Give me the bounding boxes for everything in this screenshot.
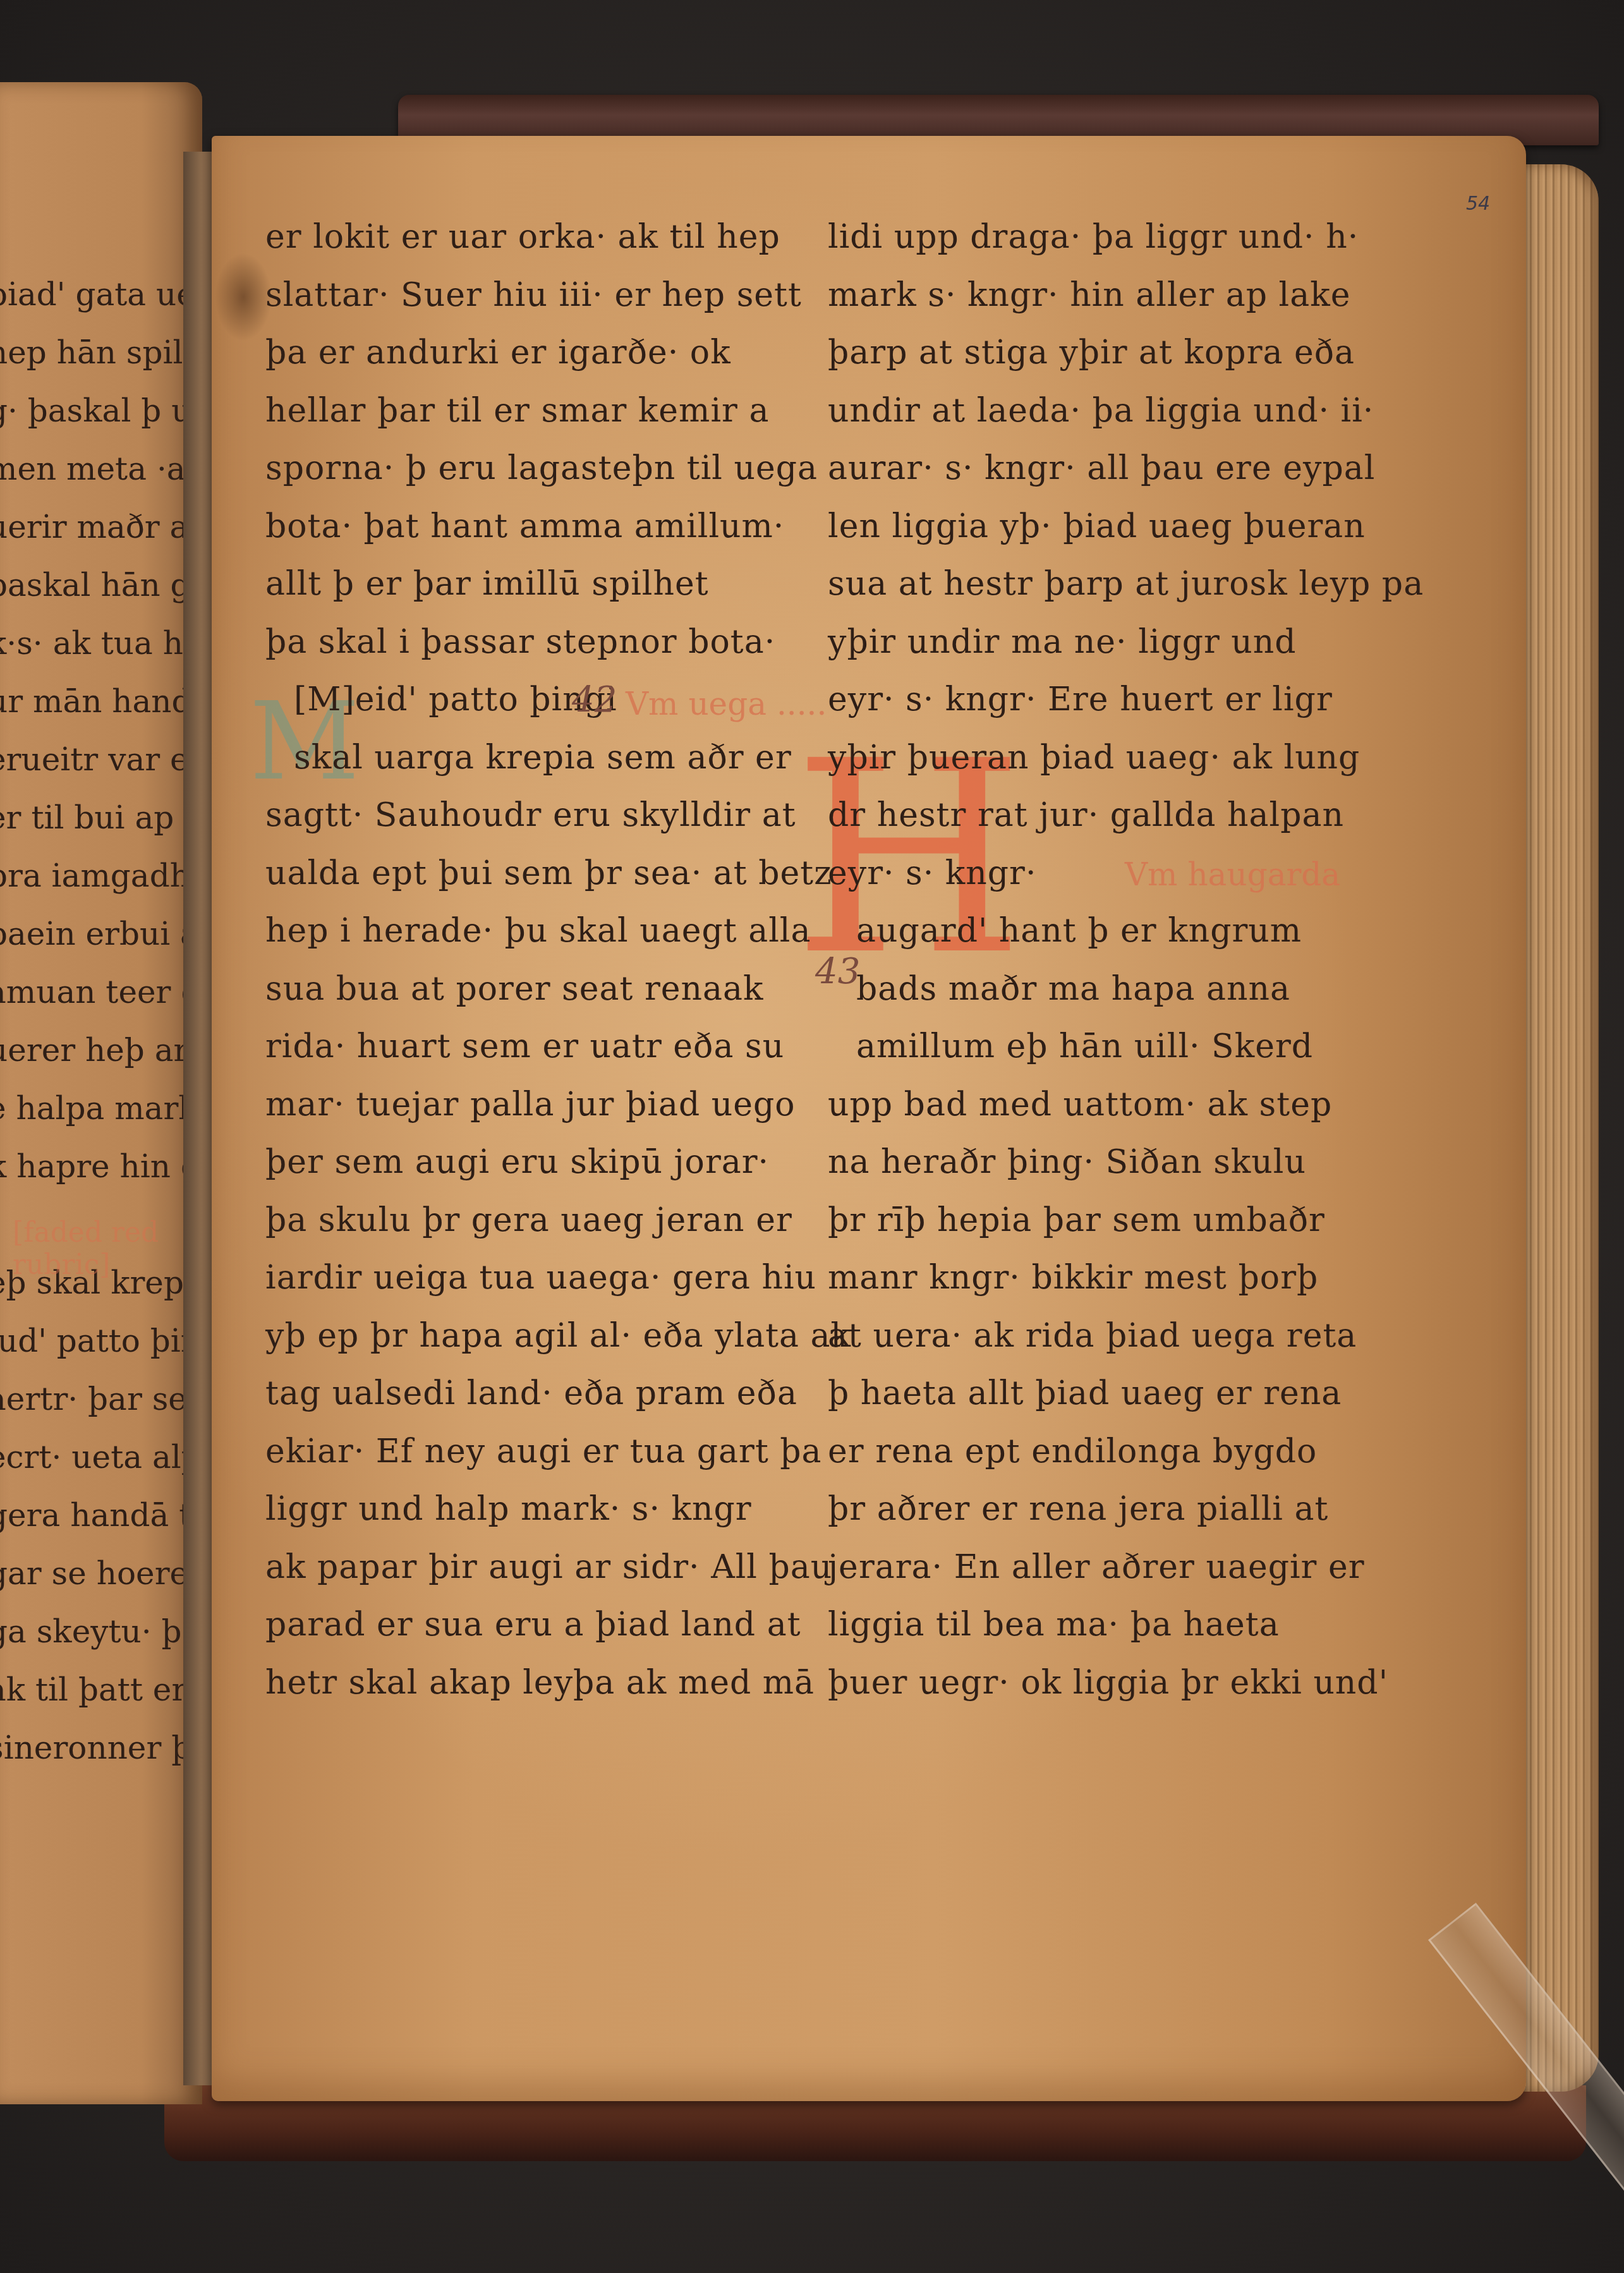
manuscript-line: liggia til bea ma· þa haeta xyxy=(828,1596,1409,1654)
manuscript-line: iud' patto þingi xyxy=(0,1312,196,1370)
manuscript-line: er til bui ap biad xyxy=(0,789,196,847)
manuscript-line: ecrt· ueta alpal xyxy=(0,1428,196,1486)
manuscript-line: yþir þueran þiad uaeg· ak lung xyxy=(828,729,1409,787)
text-column-right: lidi upp draga· þa liggr und· h·mark s· … xyxy=(828,209,1409,1712)
manuscript-line: at uera· ak rida þiad uega reta xyxy=(828,1307,1409,1366)
chapter-rubric-43: Vm haugarda xyxy=(1125,856,1340,893)
manuscript-line: sua at hestr þarp at jurosk leyp pa xyxy=(828,555,1409,614)
manuscript-line: þ haeta allt þiad uaeg er rena xyxy=(828,1365,1409,1423)
chapter-number-42: 42 xyxy=(572,679,617,720)
manuscript-line: ak til þatt er xyxy=(0,1661,196,1719)
manuscript-line: þr rīþ hepia þar sem umbaðr xyxy=(828,1192,1409,1250)
manuscript-line: amuan teer gord xyxy=(0,963,196,1021)
left-page-rubric: [faded red rubric] xyxy=(13,1216,202,1281)
manuscript-line: k hapre hin goro xyxy=(0,1137,196,1196)
manuscript-line: þarp at stiga yþir at kopra eða xyxy=(828,324,1409,382)
manuscript-line: hellar þar til er smar kemir a xyxy=(265,382,809,440)
manuscript-line: rida· huart sem er uatr eða su xyxy=(265,1018,809,1076)
manuscript-line: eyr· s· kngr· Ere huert er ligr xyxy=(828,671,1409,729)
manuscript-line: mark s· kngr· hin aller ap lake xyxy=(828,267,1409,325)
chapter-rubric-42: Vm uega ..... xyxy=(626,686,827,722)
manuscript-line: men meta ·ak landnam xyxy=(0,440,196,498)
manuscript-photograph: biad' gata ueta viii alnanep hān spillur… xyxy=(0,0,1624,2273)
manuscript-line: na heraðr þing· Siðan skulu xyxy=(828,1134,1409,1192)
manuscript-line: jerara· En aller aðrer uaegir er xyxy=(828,1539,1409,1597)
manuscript-line: aurar· s· kngr· all þau ere eypal xyxy=(828,440,1409,498)
manuscript-line: ualda ept þui sem þr sea· at betz xyxy=(265,845,809,903)
manuscript-line: þra iamgadh elig xyxy=(0,847,196,905)
manuscript-line: gera handā til xyxy=(0,1486,196,1544)
manuscript-line: g· þaskal þ ueta sem xyxy=(0,382,196,440)
manuscript-line: þuer uegr· ok liggia þr ekki und' xyxy=(828,1654,1409,1712)
left-page: biad' gata ueta viii alnanep hān spillur… xyxy=(0,82,202,2104)
manuscript-line: gar se hoerer· xyxy=(0,1544,196,1603)
folio-number: 54 xyxy=(1466,193,1490,215)
manuscript-line: yþ ep þr hapa agil al· eða ylata ak xyxy=(265,1307,809,1366)
text-column-left: er lokit er uar orka· ak til hepslattar·… xyxy=(265,209,809,1712)
manuscript-line: lidi upp draga· þa liggr und· h· xyxy=(828,209,1409,267)
manuscript-line: slattar· Suer hiu iii· er hep sett xyxy=(265,267,809,325)
manuscript-line: er rena ept endilonga bygdo xyxy=(828,1423,1409,1481)
manuscript-line: ekiar· Ef ney augi er tua gart þa xyxy=(265,1423,809,1481)
manuscript-line: þa skulu þr gera uaeg jeran er xyxy=(265,1192,809,1250)
manuscript-line: yþir undir ma ne· liggr und xyxy=(828,614,1409,672)
manuscript-line: dr hestr rat jur· gallda halpan xyxy=(828,787,1409,845)
manuscript-line: aertr· þar sem xyxy=(0,1370,196,1428)
manuscript-line: sagtt· Sauhoudr eru skylldir at xyxy=(265,787,809,845)
manuscript-line: undir at laeda· þa liggia und· ii· xyxy=(828,382,1409,440)
manuscript-line: ak papar þir augi ar sidr· All þau xyxy=(265,1539,809,1597)
manuscript-line: upp bad med uattom· ak step xyxy=(828,1076,1409,1134)
manuscript-line: erueitr var epe xyxy=(0,730,196,789)
manuscript-line: skal uarga krepia sem aðr er xyxy=(265,729,809,787)
manuscript-line: hetr skal akap leyþa ak med mā xyxy=(265,1654,809,1712)
chapter-number-43: 43 xyxy=(815,951,860,992)
manuscript-line: er lokit er uar orka· ak til hep xyxy=(265,209,809,267)
manuscript-line: þer sem augi eru skipū jorar· xyxy=(265,1134,809,1192)
manuscript-line: liggr und halp mark· s· kngr xyxy=(265,1481,809,1539)
manuscript-line: þa skal i þassar stepnor bota· xyxy=(265,614,809,672)
manuscript-line: manr kngr· bikkir mest þorþ xyxy=(828,1249,1409,1307)
manuscript-line: nep hān spillur ūdarre xyxy=(0,324,196,382)
manuscript-line: k·s· ak tua hir tom xyxy=(0,614,196,672)
manuscript-line: tag ualsedi land· eða pram eða xyxy=(265,1365,809,1423)
manuscript-line: e halpa mark xyxy=(0,1079,196,1137)
manuscript-line: uerer heþ arjere xyxy=(0,1021,196,1079)
manuscript-line: amillum eþ hān uill· Skerd xyxy=(828,1018,1409,1076)
manuscript-line: uerir maðr amorn xyxy=(0,498,196,556)
manuscript-line: mar· tuejar palla jur þiad uego xyxy=(265,1076,809,1134)
manuscript-line: þaskal hān gallde xyxy=(0,556,196,614)
manuscript-line: allt þ er þar imillū spilhet xyxy=(265,555,809,614)
ink-stain xyxy=(215,253,272,341)
manuscript-line: augard' hant þ er kngrum xyxy=(828,902,1409,961)
manuscript-line: þa er andurki er igarðe· ok xyxy=(265,324,809,382)
manuscript-line: hep i herade· þu skal uaegt alla xyxy=(265,902,809,961)
manuscript-line: þr aðrer er rena jera pialli at xyxy=(828,1481,1409,1539)
manuscript-line: iardir ueiga tua uaega· gera hiu xyxy=(265,1249,809,1307)
manuscript-line: biad' gata ueta viii alna xyxy=(0,265,196,324)
manuscript-line: ur mān hand uerc xyxy=(0,672,196,730)
manuscript-line: sineronner þa xyxy=(0,1719,196,1777)
manuscript-line: len liggia yþ· þiad uaeg þueran xyxy=(828,498,1409,556)
manuscript-line: bota· þat hant amma amillum· xyxy=(265,498,809,556)
left-page-text: biad' gata ueta viii alnanep hān spillur… xyxy=(0,265,196,1777)
manuscript-line: bads maðr ma hapa anna xyxy=(828,961,1409,1019)
manuscript-line: sua bua at porer seat renaak xyxy=(265,961,809,1019)
manuscript-line: sporna· þ eru lagasteþn til uega xyxy=(265,440,809,498)
manuscript-line: ga skeytu· þag xyxy=(0,1603,196,1661)
manuscript-line: paein erbui ano xyxy=(0,905,196,963)
manuscript-line: parad er sua eru a þiad land at xyxy=(265,1596,809,1654)
